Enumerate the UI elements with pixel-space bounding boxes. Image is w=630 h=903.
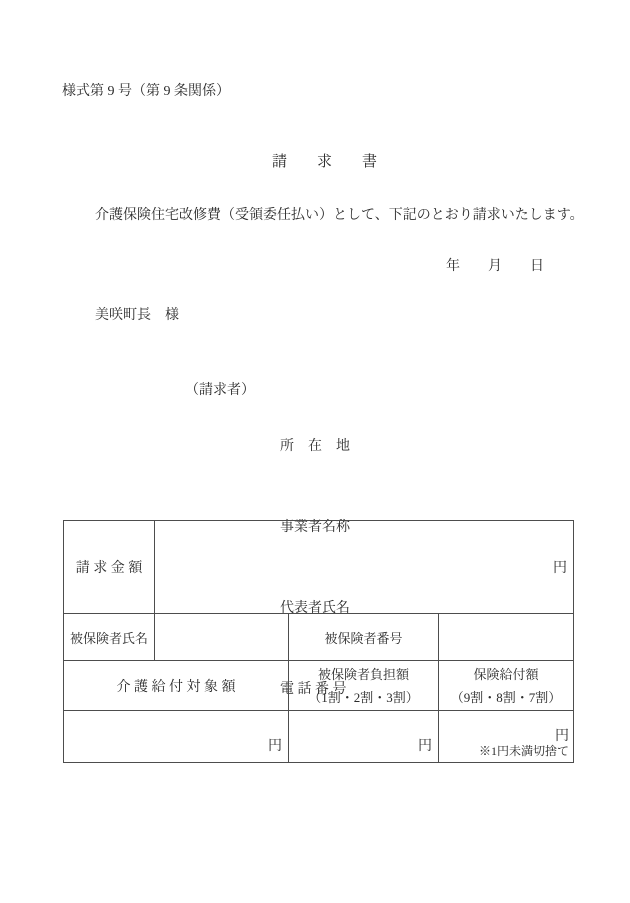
copay-sublabel: （1割・2割・3割） <box>289 686 438 709</box>
table-row-amounts: 円 円 円 ※1円未満切捨て <box>64 711 574 763</box>
table-row-insured: 被保険者氏名 被保険者番号 <box>64 614 574 661</box>
form-number: 様式第 9 号（第 9 条関係） <box>62 80 230 100</box>
copay-value-cell: 円 <box>289 711 439 763</box>
document-page: 様式第 9 号（第 9 条関係） 請 求 書 介護保険住宅改修費（受領委任払い）… <box>0 0 630 903</box>
insured-number-label: 被保険者番号 <box>289 614 439 661</box>
date-line: 年 月 日 <box>446 255 544 275</box>
benefit-label: 保険給付額 <box>439 663 573 686</box>
insured-name-label: 被保険者氏名 <box>64 614 155 661</box>
benefit-target-label: 介 護 給 付 対 象 額 <box>64 661 289 711</box>
benefit-value-cell: 円 ※1円未満切捨て <box>439 711 574 763</box>
table-row-claim-amount: 請 求 金 額 円 <box>64 521 574 614</box>
benefit-target-unit: 円 <box>268 739 282 754</box>
claim-table: 請 求 金 額 円 被保険者氏名 被保険者番号 介 護 給 付 対 象 額 被保… <box>63 520 574 763</box>
addressee-line: 美咲町長 様 <box>95 304 179 324</box>
claim-amount-value-cell: 円 <box>155 521 574 614</box>
table-row-headers: 介 護 給 付 対 象 額 被保険者負担額 （1割・2割・3割） 保険給付額 （… <box>64 661 574 711</box>
copay-label: 被保険者負担額 <box>289 663 438 686</box>
body-statement: 介護保険住宅改修費（受領委任払い）として、下記のとおり請求いたします。 <box>95 204 584 224</box>
claimant-prefix: （請求者） <box>185 379 255 399</box>
benefit-sublabel: （9割・8割・7割） <box>439 686 573 709</box>
claim-amount-unit: 円 <box>553 561 567 576</box>
benefit-target-value-cell: 円 <box>64 711 289 763</box>
rounding-note: ※1円未満切捨て <box>439 744 569 759</box>
insured-number-boxes-cell <box>439 614 574 661</box>
page-title: 請 求 書 <box>272 150 377 171</box>
claimant-address-label: 所 在 地 <box>280 433 350 460</box>
insured-name-value-cell <box>155 614 289 661</box>
copay-unit: 円 <box>418 739 432 754</box>
claim-amount-label: 請 求 金 額 <box>64 521 155 614</box>
benefit-unit: 円 <box>439 729 569 744</box>
benefit-header: 保険給付額 （9割・8割・7割） <box>439 661 574 711</box>
copay-header: 被保険者負担額 （1割・2割・3割） <box>289 661 439 711</box>
